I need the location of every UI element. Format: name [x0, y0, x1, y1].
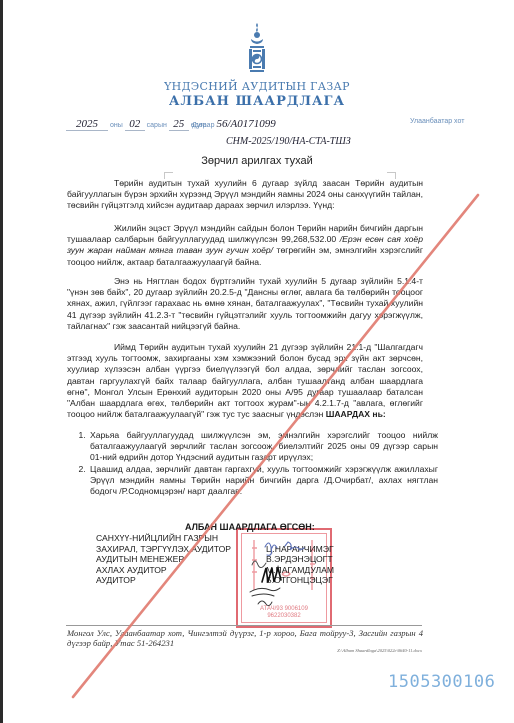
paragraph-text: Төрийн аудитын тухай хуулийн 6 дугаар зү… [67, 178, 423, 212]
footer-address: Монгол Улс, Улаанбаатар хот, Чингэлтэй д… [67, 628, 423, 648]
document-number: Дугаар 56/А0171099 [192, 118, 276, 130]
paragraph-demand-basis: Иймд Төрийн аудитын тухай хуулийн 21 дүг… [67, 342, 423, 420]
document-type: АЛБАН ШААРДЛАГА [0, 94, 514, 109]
registration-number: 1505300106 [388, 672, 495, 692]
signatory-name: М.ПАГАМДУЛАМ [266, 565, 334, 576]
demand-item: Харьяа байгууллагуудад шилжүүлсэн эм, эм… [88, 430, 438, 464]
signatory-role: АУДИТЫН МЕНЕЖЕР [96, 554, 184, 565]
date-year: 2025 [66, 118, 108, 131]
paragraph-text: Иймд Төрийн аудитын тухай хуулийн 21 дүг… [67, 342, 423, 420]
signatory-role: ЗАХИРАЛ, ТЭРГҮҮЛЭХ АУДИТОР [96, 544, 231, 555]
signatory-row: АХЛАХ АУДИТОРМ.ПАГАМДУЛАМ [96, 565, 426, 576]
number-line-2: СНМ-2025/190/НА-СТА-ТШЗ [226, 136, 351, 147]
signatory-role: САНХҮҮ-НИЙЦЛИЙН ГАЗРЫН [96, 533, 218, 544]
number-value: 56/А0171099 [216, 118, 275, 130]
signatories-heading: АЛБАН ШААРДЛАГА ӨГСӨН: [185, 522, 315, 532]
signatory-row: ЗАХИРАЛ, ТЭРГҮҮЛЭХ АУДИТОРЦ.НАРАНЧИМЭГ [96, 544, 426, 555]
paragraph-text: Жилийн эцэст Эрүүл мэндийн сайдын болон … [67, 223, 423, 268]
demand-item: Цаашид алдаа, зөрчлийг давтан гаргахгүй,… [88, 464, 438, 498]
demand-heading: ШААРДАХ нь: [326, 409, 386, 419]
signatory-row: АУДИТЫН МЕНЕЖЕРВ.ЭРДЭНЭЦОГТ [96, 554, 426, 565]
signatories-table: САНХҮҮ-НИЙЦЛИЙН ГАЗРЫН ЗАХИРАЛ, ТЭРГҮҮЛЭ… [96, 533, 426, 586]
stamp-registry-line1: АТАЧ/93 9006109 [238, 606, 330, 613]
paragraph-text: Энэ нь Нягтлан бодох бүртгэлийн тухай ху… [67, 276, 423, 332]
paragraph-legal-basis: Энэ нь Нягтлан бодох бүртгэлийн тухай ху… [67, 276, 423, 332]
paragraph-finding-detail: Жилийн эцэст Эрүүл мэндийн сайдын болон … [67, 223, 423, 268]
date-month: 02 [125, 118, 145, 131]
text-run: Иймд Төрийн аудитын тухай хуулийн 21 дүг… [67, 342, 423, 419]
signatory-role: АХЛАХ АУДИТОР [96, 565, 167, 576]
file-path: Z:\Albam Shaardlaga\2025\022e\0640-11.do… [337, 648, 422, 653]
signatory-name: Ц.НАРАНЧИМЭГ [266, 544, 334, 555]
signatory-name: В.ЭРДЭНЭЦОГТ [266, 554, 333, 565]
demands-list: Харьяа байгууллагуудад шилжүүлсэн эм, эм… [72, 430, 438, 497]
document-title: Зөрчил арилгах тухай [0, 155, 514, 167]
document-city: Улаанбаатар хот [410, 118, 464, 125]
signatory-name: Б.ОТГОНЦЭЦЭГ [266, 575, 333, 586]
document-date: 2025 оны 02 сарын 25 өдөр [66, 118, 207, 131]
footer-divider [66, 625, 422, 626]
number-label: Дугаар [192, 122, 214, 129]
stamp-registry-line2: 9622030382 [238, 613, 330, 620]
signatory-row: АУДИТОРБ.ОТГОНЦЭЦЭГ [96, 575, 426, 586]
signatory-role: АУДИТОР [96, 575, 136, 586]
year-label: оны [110, 122, 123, 129]
org-name: ҮНДЭСНИЙ АУДИТЫН ГАЗАР [0, 80, 514, 93]
soyombo-emblem-icon [237, 22, 277, 74]
paragraph-findings-intro: Төрийн аудитын тухай хуулийн 6 дугаар зү… [67, 178, 423, 212]
date-day: 25 [169, 118, 189, 131]
signatory-row: САНХҮҮ-НИЙЦЛИЙН ГАЗРЫН [96, 533, 426, 544]
month-label: сарын [147, 122, 167, 129]
